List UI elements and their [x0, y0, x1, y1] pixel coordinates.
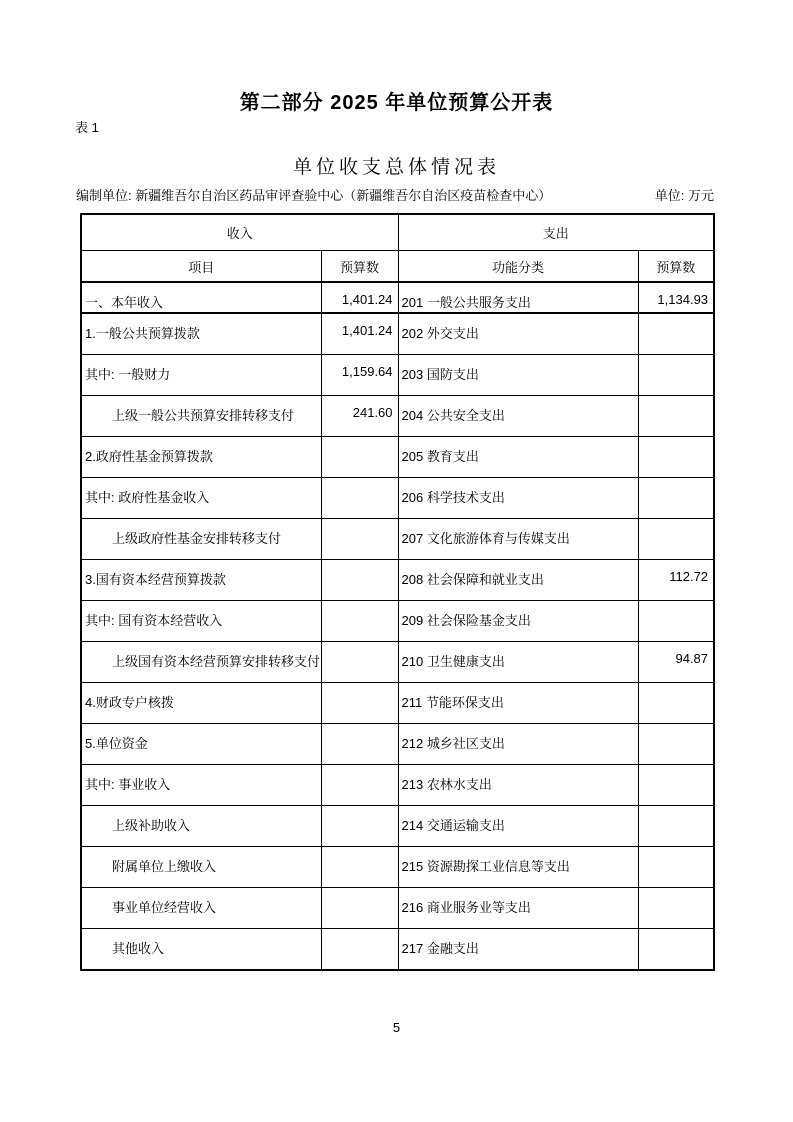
income-item-cell: 上级政府性基金安排转移支付 — [81, 519, 321, 560]
expense-budget-column-header: 预算数 — [638, 251, 714, 283]
table-label: 表 1 — [75, 117, 99, 136]
table-row: 一、本年收入1,401.24201 一般公共服务支出1,134.93 — [81, 282, 714, 313]
income-budget-cell — [321, 888, 398, 929]
budget-table: 收入 支出 项目 预算数 功能分类 预算数 一、本年收入1,401.24201 … — [80, 213, 715, 971]
expense-budget-cell — [638, 519, 714, 560]
income-item-cell: 附属单位上缴收入 — [81, 847, 321, 888]
expense-category-cell: 212 城乡社区支出 — [398, 724, 638, 765]
income-item-cell: 4.财政专户核拨 — [81, 683, 321, 724]
expense-category-cell: 201 一般公共服务支出 — [398, 282, 638, 313]
income-item-cell: 其他收入 — [81, 929, 321, 971]
income-budget-cell — [321, 560, 398, 601]
expense-category-cell: 208 社会保障和就业支出 — [398, 560, 638, 601]
expense-budget-cell — [638, 355, 714, 396]
group-header-row: 收入 支出 — [81, 214, 714, 251]
table-row: 5.单位资金212 城乡社区支出 — [81, 724, 714, 765]
income-item-cell: 1.一般公共预算拨款 — [81, 313, 321, 355]
income-item-cell: 其中: 政府性基金收入 — [81, 478, 321, 519]
table-info-line: 编制单位: 新疆维吾尔自治区药品审评查验中心（新疆维吾尔自治区疫苗检查中心） 单… — [76, 185, 714, 204]
document-page: 第二部分 2025 年单位预算公开表 表 1 单位收支总体情况表 编制单位: 新… — [0, 0, 793, 1122]
expense-category-cell: 206 科学技术支出 — [398, 478, 638, 519]
income-budget-cell: 1,401.24 — [321, 282, 398, 313]
expense-budget-cell — [638, 683, 714, 724]
expense-budget-cell — [638, 847, 714, 888]
expense-category-cell: 204 公共安全支出 — [398, 396, 638, 437]
expense-budget-cell: 94.87 — [638, 642, 714, 683]
expense-budget-cell: 112.72 — [638, 560, 714, 601]
table-title: 单位收支总体情况表 — [0, 152, 793, 179]
income-budget-cell — [321, 437, 398, 478]
category-column-header: 功能分类 — [398, 251, 638, 283]
table-row: 3.国有资本经营预算拨款208 社会保障和就业支出112.72 — [81, 560, 714, 601]
income-budget-cell — [321, 642, 398, 683]
income-item-cell: 2.政府性基金预算拨款 — [81, 437, 321, 478]
expense-category-cell: 216 商业服务业等支出 — [398, 888, 638, 929]
income-item-cell: 上级一般公共预算安排转移支付 — [81, 396, 321, 437]
income-budget-cell — [321, 601, 398, 642]
page-title: 第二部分 2025 年单位预算公开表 — [0, 86, 793, 115]
expense-budget-cell — [638, 765, 714, 806]
income-budget-cell — [321, 847, 398, 888]
income-budget-cell: 1,401.24 — [321, 313, 398, 355]
unit-label: 单位: 万元 — [655, 185, 714, 204]
income-item-cell: 上级国有资本经营预算安排转移支付 — [81, 642, 321, 683]
expense-budget-cell — [638, 929, 714, 971]
income-budget-cell — [321, 724, 398, 765]
income-item-cell: 3.国有资本经营预算拨款 — [81, 560, 321, 601]
table-row: 其中: 事业收入213 农林水支出 — [81, 765, 714, 806]
income-item-cell: 事业单位经营收入 — [81, 888, 321, 929]
income-item-cell: 5.单位资金 — [81, 724, 321, 765]
expense-category-cell: 210 卫生健康支出 — [398, 642, 638, 683]
income-budget-cell — [321, 478, 398, 519]
table-row: 4.财政专户核拨211 节能环保支出 — [81, 683, 714, 724]
expense-category-cell: 207 文化旅游体育与传媒支出 — [398, 519, 638, 560]
table-row: 上级一般公共预算安排转移支付241.60204 公共安全支出 — [81, 396, 714, 437]
table-row: 其他收入217 金融支出 — [81, 929, 714, 971]
expense-category-cell: 205 教育支出 — [398, 437, 638, 478]
income-group-header: 收入 — [81, 214, 398, 251]
table-row: 1.一般公共预算拨款1,401.24202 外交支出 — [81, 313, 714, 355]
income-item-cell: 一、本年收入 — [81, 282, 321, 313]
table-row: 上级补助收入214 交通运输支出 — [81, 806, 714, 847]
income-budget-cell — [321, 929, 398, 971]
expense-category-cell: 209 社会保险基金支出 — [398, 601, 638, 642]
table-row: 上级政府性基金安排转移支付207 文化旅游体育与传媒支出 — [81, 519, 714, 560]
expense-budget-cell — [638, 437, 714, 478]
column-header-row: 项目 预算数 功能分类 预算数 — [81, 251, 714, 283]
expense-budget-cell — [638, 806, 714, 847]
table-row: 其中: 国有资本经营收入209 社会保险基金支出 — [81, 601, 714, 642]
item-column-header: 项目 — [81, 251, 321, 283]
expense-category-cell: 217 金融支出 — [398, 929, 638, 971]
expense-budget-cell — [638, 478, 714, 519]
table-row: 2.政府性基金预算拨款205 教育支出 — [81, 437, 714, 478]
prepared-by-label: 编制单位: 新疆维吾尔自治区药品审评查验中心（新疆维吾尔自治区疫苗检查中心） — [76, 185, 551, 204]
expense-budget-cell — [638, 724, 714, 765]
income-budget-cell: 1,159.64 — [321, 355, 398, 396]
budget-table-body: 一、本年收入1,401.24201 一般公共服务支出1,134.931.一般公共… — [81, 282, 714, 970]
income-item-cell: 其中: 事业收入 — [81, 765, 321, 806]
page-number: 5 — [0, 1020, 793, 1035]
income-budget-column-header: 预算数 — [321, 251, 398, 283]
expense-category-cell: 211 节能环保支出 — [398, 683, 638, 724]
expense-category-cell: 215 资源勘探工业信息等支出 — [398, 847, 638, 888]
income-budget-cell: 241.60 — [321, 396, 398, 437]
income-budget-cell — [321, 519, 398, 560]
expense-budget-cell — [638, 313, 714, 355]
expense-category-cell: 213 农林水支出 — [398, 765, 638, 806]
table-row: 其中: 政府性基金收入206 科学技术支出 — [81, 478, 714, 519]
income-budget-cell — [321, 683, 398, 724]
income-item-cell: 上级补助收入 — [81, 806, 321, 847]
income-item-cell: 其中: 一般财力 — [81, 355, 321, 396]
expense-category-cell: 202 外交支出 — [398, 313, 638, 355]
expense-budget-cell — [638, 888, 714, 929]
income-item-cell: 其中: 国有资本经营收入 — [81, 601, 321, 642]
table-row: 其中: 一般财力1,159.64203 国防支出 — [81, 355, 714, 396]
expense-budget-cell — [638, 396, 714, 437]
expense-category-cell: 203 国防支出 — [398, 355, 638, 396]
table-row: 上级国有资本经营预算安排转移支付210 卫生健康支出94.87 — [81, 642, 714, 683]
expense-group-header: 支出 — [398, 214, 714, 251]
table-row: 附属单位上缴收入215 资源勘探工业信息等支出 — [81, 847, 714, 888]
expense-budget-cell: 1,134.93 — [638, 282, 714, 313]
expense-budget-cell — [638, 601, 714, 642]
table-row: 事业单位经营收入216 商业服务业等支出 — [81, 888, 714, 929]
income-budget-cell — [321, 765, 398, 806]
income-budget-cell — [321, 806, 398, 847]
expense-category-cell: 214 交通运输支出 — [398, 806, 638, 847]
